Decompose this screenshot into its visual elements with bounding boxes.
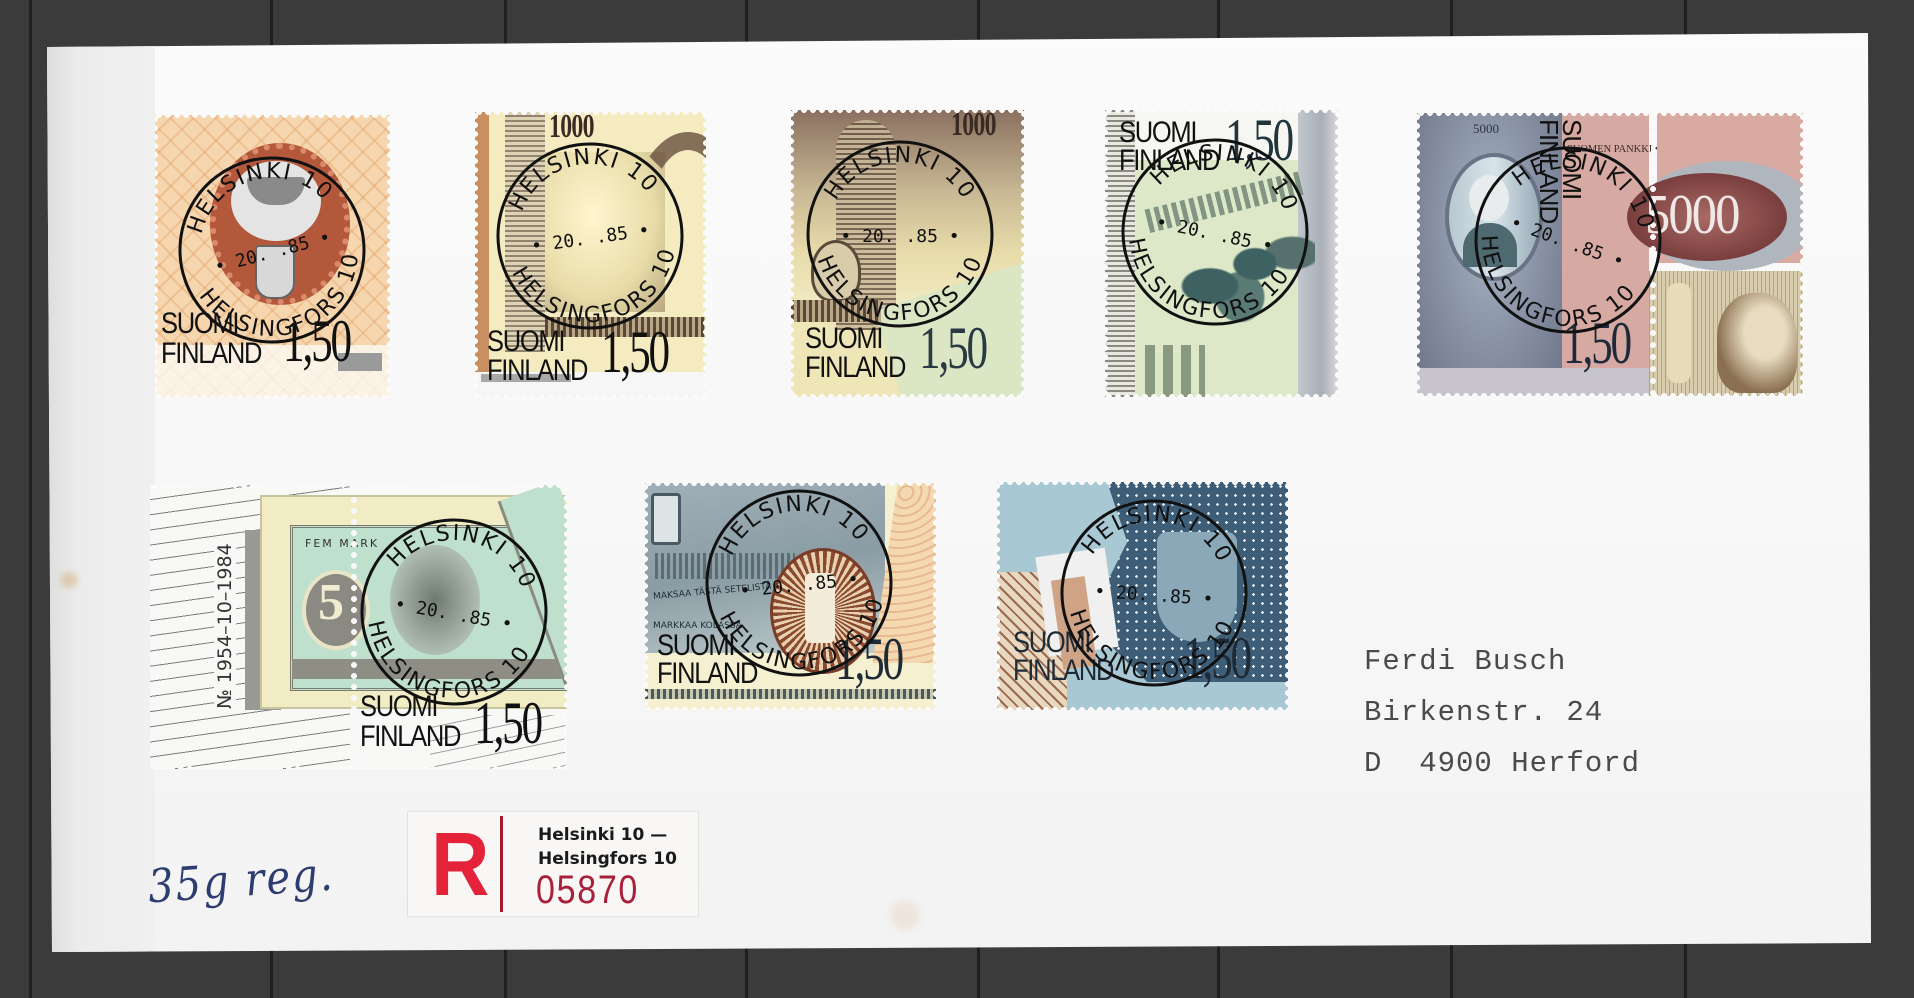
portrait-bust [1717,293,1797,393]
background-seam [29,0,32,998]
registration-label: R Helsinki 10 — Helsingfors 10 05870 [407,811,699,917]
country-name: FINLAND [1013,656,1113,686]
recipient-street: Birkenstr. 24 [1364,687,1640,738]
stamp-value: 1,50 [1225,110,1292,170]
stamp-value: 1,50 [283,311,350,371]
note-text: FEM MARK [305,537,379,550]
registered-mark: R [431,820,490,910]
registration-number: 05870 [536,870,639,910]
stain [60,572,78,588]
stamp-value: 1,50 [1563,313,1630,373]
stamp-star-pattern: SUOMI FINLAND 1,50 [997,482,1288,710]
country-name: FINLAND [1119,146,1219,176]
denomination: 5000 [1473,121,1499,137]
label-divider [500,816,503,912]
country-name: FINLAND [487,356,587,386]
country-name: SUOMI [360,692,437,722]
country-name: SUOMI [161,309,238,339]
stamp-10-markka: MAKSAA TÄSTÄ SETELISTÄ MARKKAA KOLASSA S… [645,483,936,710]
stamp-coat-of-arms: SUOMI FINLAND 1,50 [155,115,390,398]
recipient-name: Ferdi Busch [1364,636,1640,687]
envelope-fold-strip [47,40,155,955]
coat-of-arms-icon [811,240,861,302]
stamp-5000-markka-pair: 5000 SUOMEN PANKKI • FINLANDS BANK 5000 … [1417,113,1803,396]
recipient-address: Ferdi Busch Birkenstr. 24 D 4900 Herford [1364,636,1640,789]
stamp-value: 1,50 [1183,628,1250,688]
post-office-finnish: Helsinki 10 — [538,825,667,845]
stamp-value: 1,50 [835,629,902,689]
stain [890,900,920,930]
stamp-value: 1,50 [474,693,541,753]
shield-icon [255,245,295,299]
country-name: FINLAND [360,722,460,752]
stamp-value: 1,50 [601,322,668,382]
country-name: SUOMI [487,327,564,357]
post-office-swedish: Helsingfors 10 [538,849,677,869]
recipient-city: D 4900 Herford [1364,738,1640,789]
country-name: FINLAND [161,339,261,369]
country-name: SUOMI [805,324,882,354]
figures [1165,220,1315,330]
sheet-number: № 1954–10–1984 [214,539,236,713]
note-digit: 5 [318,573,344,632]
country-name: FINLAND [657,659,757,689]
stamp-fem-mark-with-margin: № 1954–10–1984 FEM MARK 5 SUOMI FINLAND … [150,485,567,769]
banner-1000: 1000 [951,110,996,144]
denomination-large: 5000 [1645,183,1739,247]
stamp-1000-markka-landscape: 1000 SUOMI FINLAND 1,50 [791,110,1024,397]
banner-1000: 1000 [549,112,594,146]
stamp-reapers: SUOMI FINLAND 1,50 [1105,110,1338,397]
country-name: FINLAND [805,353,905,383]
country-name: FINLAND [1536,119,1562,223]
stamp-value: 1,50 [919,318,986,378]
stamp-1000-markka-foliage: 1000 SUOMI FINLAND 1,50 [475,112,706,398]
